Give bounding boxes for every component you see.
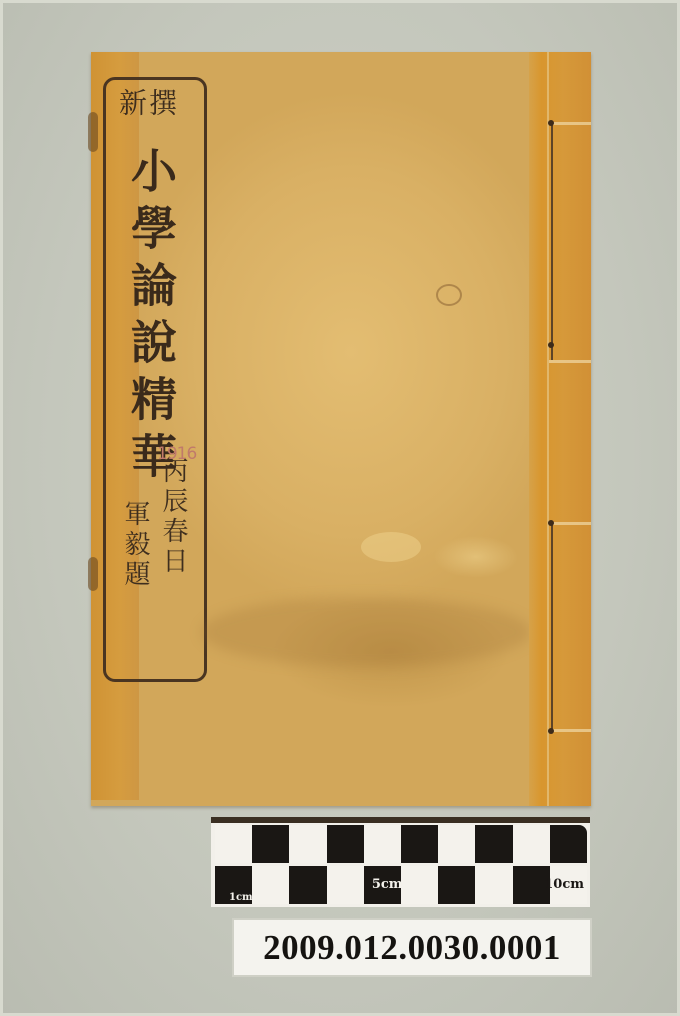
scale-cell bbox=[252, 866, 289, 904]
scale-cell bbox=[215, 825, 252, 863]
stitch-hole bbox=[548, 728, 554, 734]
scale-cell bbox=[289, 866, 326, 904]
scale-row-bottom: 1cm 5cm 10cm bbox=[215, 866, 587, 904]
cover-edge-wear bbox=[88, 557, 98, 591]
measurement-scale-bar: 1cm 5cm 10cm bbox=[211, 823, 590, 907]
scale-row-top bbox=[215, 825, 587, 863]
inscription-date: 丙辰春日 bbox=[155, 457, 192, 577]
scale-label-mid: 5cm bbox=[372, 877, 403, 892]
book-cover: 新 撰 小學論說精華 1916 丙辰春日 軍毅題 bbox=[91, 52, 591, 806]
publisher-char: 撰 bbox=[143, 88, 179, 118]
book-title: 小學論說精華 bbox=[123, 147, 179, 489]
spine-fold bbox=[547, 52, 549, 806]
water-stain bbox=[201, 597, 531, 667]
scale-cell: 10cm bbox=[550, 866, 587, 904]
scale-cell bbox=[327, 825, 364, 863]
scale-cell bbox=[364, 825, 401, 863]
stitch-hole bbox=[548, 120, 554, 126]
scale-cell bbox=[289, 825, 326, 863]
scale-cell: 5cm bbox=[364, 866, 401, 904]
scale-cell bbox=[438, 825, 475, 863]
binding-thread bbox=[551, 124, 553, 360]
scale-cell: 1cm bbox=[215, 866, 252, 904]
scale-cell bbox=[438, 866, 475, 904]
stitch-hole bbox=[548, 520, 554, 526]
publisher-mark: 撰 bbox=[143, 88, 179, 118]
scale-label-end: 10cm bbox=[544, 877, 584, 892]
cover-light-spot bbox=[361, 532, 421, 562]
binding-band bbox=[549, 360, 591, 363]
scale-cell bbox=[475, 866, 512, 904]
scale-cell bbox=[327, 866, 364, 904]
stitch-hole bbox=[548, 342, 554, 348]
book-spine-binding bbox=[529, 52, 591, 806]
cover-stain bbox=[436, 284, 462, 306]
cover-edge-wear bbox=[88, 112, 98, 152]
scale-cell bbox=[513, 825, 550, 863]
binding-band bbox=[549, 522, 591, 525]
accession-number-label: 2009.012.0030.0001 bbox=[234, 920, 590, 975]
accession-number: 2009.012.0030.0001 bbox=[263, 928, 561, 968]
scale-cell bbox=[252, 825, 289, 863]
scale-cell bbox=[550, 825, 587, 863]
binding-band bbox=[549, 729, 591, 732]
scale-cell bbox=[401, 866, 438, 904]
binding-thread bbox=[551, 524, 553, 729]
binding-band bbox=[549, 122, 591, 125]
scale-cell bbox=[401, 825, 438, 863]
scale-cell bbox=[475, 825, 512, 863]
scale-label-start: 1cm bbox=[229, 892, 253, 903]
inscription-author: 軍毅題 bbox=[117, 500, 154, 590]
